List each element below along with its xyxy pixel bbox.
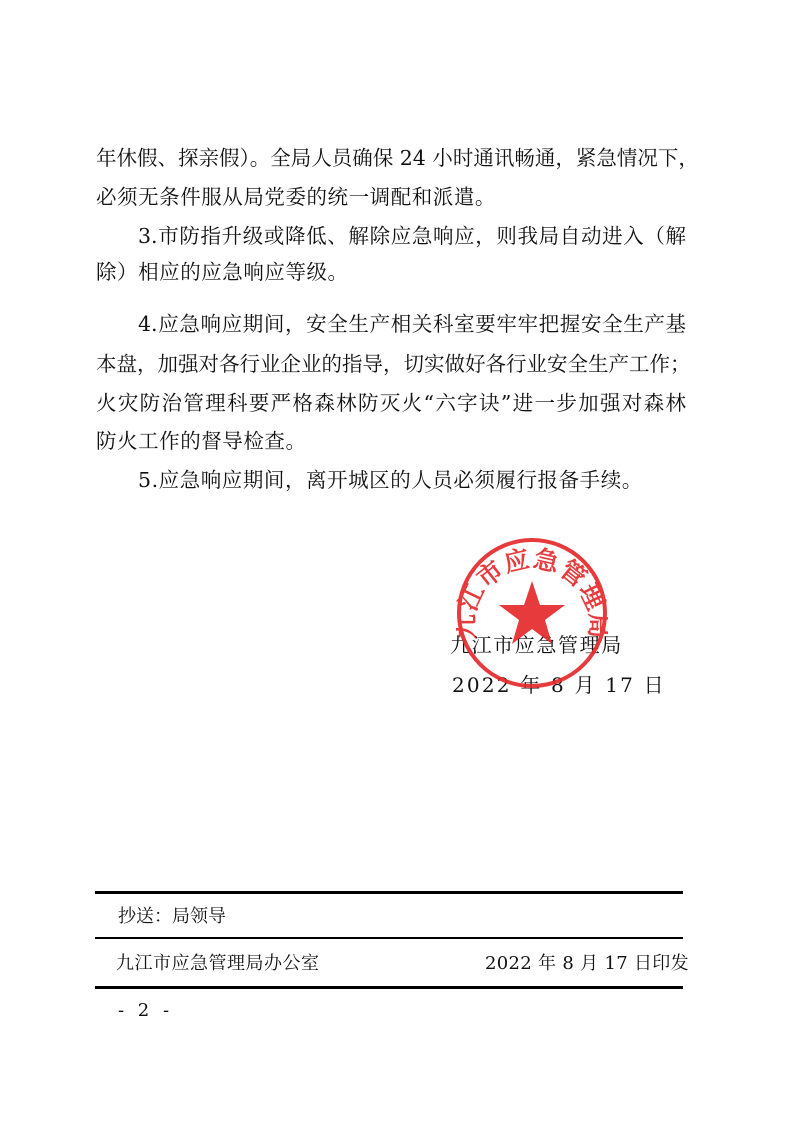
cc-line: 抄送：局领导 [118,906,226,928]
paragraph-line: 5.应急响应期间，离开城区的人员必须履行报备手续。 [96,468,686,492]
issuer: 九江市应急管理局办公室 [116,953,320,975]
paragraph-line: 防火工作的督导检查。 [96,429,686,453]
paragraph-line: 3.市防指升级或降低、解除应急响应，则我局自动进入（解 [96,224,686,248]
paragraph-line: 火灾防治管理科要严格森林防灭火“六字诀”进一步加强对森林 [96,391,686,415]
footer-divider-top [95,891,683,894]
paragraph-line: 4.应急响应期间，安全生产相关科室要牢牢把握安全生产基 [96,312,686,336]
footer-divider-bottom [95,986,683,989]
cc-value: 局领导 [172,906,226,927]
footer-divider-middle [95,937,683,939]
cc-label: 抄送： [118,906,172,927]
paragraph-line: 本盘，加强对各行业企业的指导，切实做好各行业安全生产工作； [96,352,686,376]
issue-date: 2022 年 8 月 17 日印发 [485,953,689,975]
official-seal-icon: 九江市应急管理局 [456,537,608,689]
paragraph-line: 除）相应的应急响应等级。 [96,260,686,284]
paragraph-line: 年休假、探亲假）。全局人员确保 24 小时通讯畅通，紧急情况下， [96,146,686,170]
page-number: - 2 - [118,1000,173,1022]
paragraph-line: 必须无条件服从局党委的统一调配和派遣。 [96,185,686,209]
